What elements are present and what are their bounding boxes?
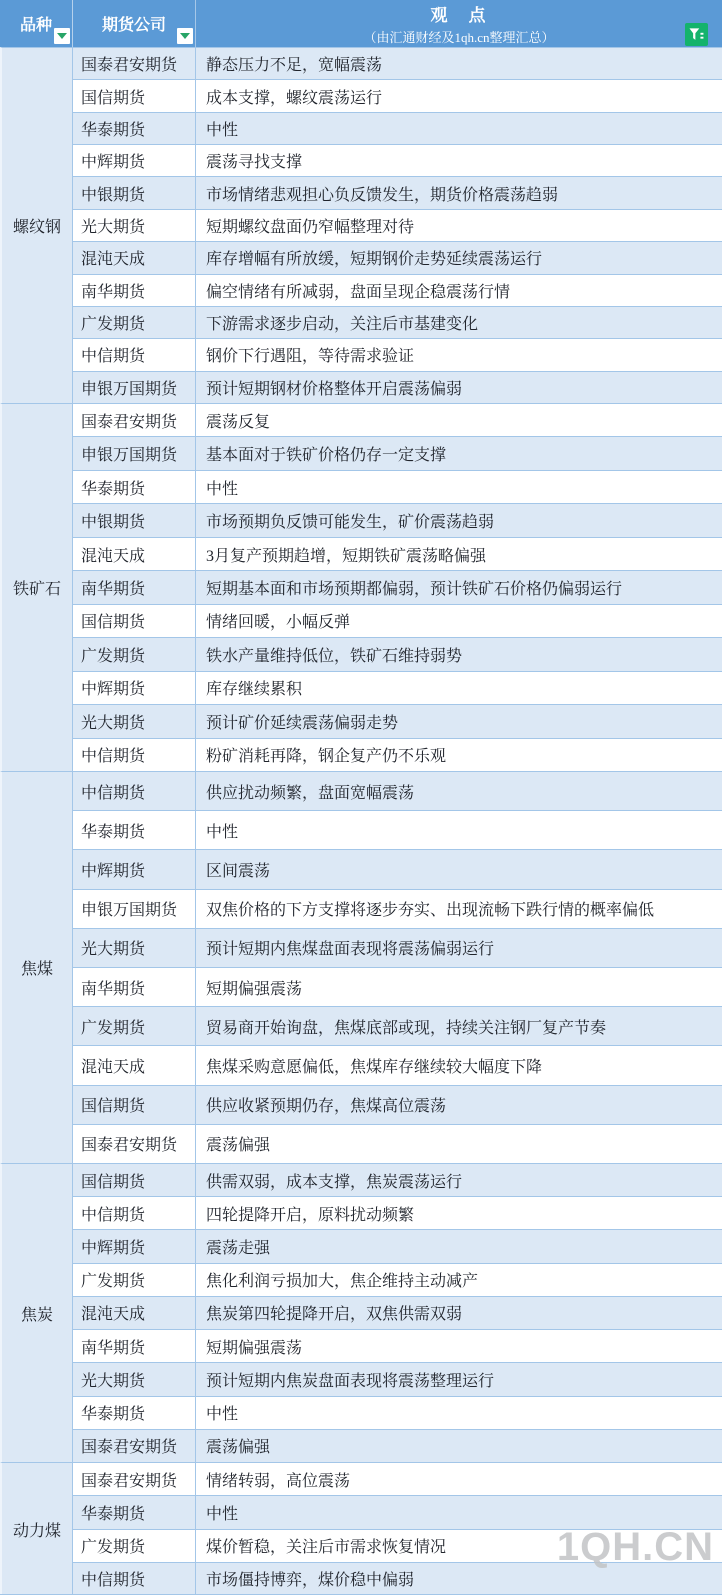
view-cell: 焦煤采购意愿偏低，焦煤库存继续较大幅度下降 [196, 1046, 722, 1084]
table-row: 国信期货 情绪回暖，小幅反弹 [73, 604, 722, 637]
company-cell: 中辉期货 [73, 850, 196, 888]
table-row: 中信期货 钢价下行遇阻，等待需求验证 [73, 338, 722, 370]
commodity-group: 动力煤 国泰君安期货 情绪转弱，高位震荡 华泰期货 中性 广发期货 煤价暂稳，关… [0, 1462, 722, 1595]
view-cell: 预计矿价延续震荡偏弱走势 [196, 705, 722, 737]
view-column-subtitle: （由汇通财经及1qh.cn整理汇总） [363, 27, 554, 46]
chevron-down-icon [180, 33, 190, 39]
table-row: 光大期货 预计短期内焦煤盘面表现将震荡偏弱运行 [73, 928, 722, 967]
commodity-label: 螺纹钢 [2, 48, 73, 403]
view-cell: 震荡偏强 [196, 1430, 722, 1462]
table-row: 中信期货 供应扰动频繁，盘面宽幅震荡 [73, 772, 722, 810]
company-cell: 国泰君安期货 [73, 404, 196, 436]
group-rows: 中信期货 供应扰动频繁，盘面宽幅震荡 华泰期货 中性 中辉期货 区间震荡 申银万… [73, 772, 722, 1163]
table-row: 国信期货 成本支撑，螺纹震荡运行 [73, 79, 722, 111]
table-body: 螺纹钢 国泰君安期货 静态压力不足，宽幅震荡 国信期货 成本支撑，螺纹震荡运行 … [0, 47, 722, 1595]
company-cell: 南华期货 [73, 968, 196, 1006]
company-cell: 华泰期货 [73, 1496, 196, 1528]
view-cell: 预计短期内焦炭盘面表现将震荡整理运行 [196, 1363, 722, 1395]
view-cell: 供应收紧预期仍存，焦煤高位震荡 [196, 1086, 722, 1124]
view-cell: 震荡走强 [196, 1230, 722, 1262]
table-row: 中信期货 市场僵持博弈，煤价稳中偏弱 [73, 1562, 722, 1595]
company-cell: 国信期货 [73, 80, 196, 111]
view-column-label: 观 点 [431, 1, 488, 26]
view-cell: 铁水产量维持低位，铁矿石维持弱势 [196, 638, 722, 670]
view-cell: 震荡反复 [196, 404, 722, 436]
company-cell: 申银万国期货 [73, 890, 196, 928]
company-cell: 广发期货 [73, 1530, 196, 1562]
company-cell: 申银万国期货 [73, 437, 196, 469]
view-cell: 双焦价格的下方支撑将逐步夯实、出现流畅下跌行情的概率偏低 [196, 890, 722, 928]
view-cell: 焦化利润亏损加大，焦企维持主动减产 [196, 1264, 722, 1296]
view-cell: 市场情绪悲观担心负反馈发生，期货价格震荡趋弱 [196, 177, 722, 208]
group-rows: 国泰君安期货 静态压力不足，宽幅震荡 国信期货 成本支撑，螺纹震荡运行 华泰期货… [73, 48, 722, 403]
table-row: 中辉期货 区间震荡 [73, 849, 722, 888]
company-cell: 光大期货 [73, 1363, 196, 1395]
table-row: 南华期货 短期基本面和市场预期都偏弱，预计铁矿石价格仍偏弱运行 [73, 570, 722, 603]
company-cell: 混沌天成 [73, 1046, 196, 1084]
company-cell: 混沌天成 [73, 242, 196, 273]
company-cell: 广发期货 [73, 1007, 196, 1045]
company-cell: 广发期货 [73, 638, 196, 670]
view-cell: 短期偏强震荡 [196, 1330, 722, 1362]
view-cell: 粉矿消耗再降，钢企复产仍不乐观 [196, 739, 722, 771]
table-row: 国信期货 供应收紧预期仍存，焦煤高位震荡 [73, 1085, 722, 1124]
view-cell: 供需双弱，成本支撑，焦炭震荡运行 [196, 1164, 722, 1196]
company-cell: 光大期货 [73, 929, 196, 967]
view-cell: 短期基本面和市场预期都偏弱，预计铁矿石价格仍偏弱运行 [196, 571, 722, 603]
company-cell: 南华期货 [73, 275, 196, 306]
company-cell: 混沌天成 [73, 538, 196, 570]
table-row: 光大期货 预计矿价延续震荡偏弱走势 [73, 704, 722, 737]
view-cell: 偏空情绪有所减弱，盘面呈现企稳震荡行情 [196, 275, 722, 306]
commodity-label: 动力煤 [2, 1463, 73, 1595]
table-row: 南华期货 短期偏强震荡 [73, 967, 722, 1006]
table-row: 中辉期货 震荡走强 [73, 1229, 722, 1262]
company-cell: 中信期货 [73, 1563, 196, 1595]
view-cell: 基本面对于铁矿价格仍存一定支撑 [196, 437, 722, 469]
company-cell: 广发期货 [73, 1264, 196, 1296]
variety-column-label: 品种 [20, 12, 52, 35]
table-row: 中银期货 市场情绪悲观担心负反馈发生，期货价格震荡趋弱 [73, 176, 722, 208]
company-cell: 中银期货 [73, 504, 196, 536]
company-cell: 光大期货 [73, 210, 196, 241]
company-cell: 华泰期货 [73, 471, 196, 503]
commodity-group: 铁矿石 国泰君安期货 震荡反复 申银万国期货 基本面对于铁矿价格仍存一定支撑 华… [0, 403, 722, 771]
view-cell: 成本支撑，螺纹震荡运行 [196, 80, 722, 111]
company-cell: 中辉期货 [73, 1230, 196, 1262]
table-row: 混沌天成 焦煤采购意愿偏低，焦煤库存继续较大幅度下降 [73, 1045, 722, 1084]
view-cell: 3月复产预期趋增，短期铁矿震荡略偏强 [196, 538, 722, 570]
company-cell: 南华期货 [73, 571, 196, 603]
group-rows: 国泰君安期货 震荡反复 申银万国期货 基本面对于铁矿价格仍存一定支撑 华泰期货 … [73, 404, 722, 771]
view-cell: 震荡偏强 [196, 1125, 722, 1163]
view-cell: 市场预期负反馈可能发生，矿价震荡趋弱 [196, 504, 722, 536]
view-cell: 震荡寻找支撑 [196, 145, 722, 176]
view-cell: 四轮提降开启，原料扰动频繁 [196, 1197, 722, 1229]
table-row: 光大期货 预计短期内焦炭盘面表现将震荡整理运行 [73, 1362, 722, 1395]
company-cell: 中辉期货 [73, 145, 196, 176]
table-header: 品种 期货公司 观 点 （由汇通财经及1qh.cn整理汇总） [0, 0, 722, 47]
commodity-label: 焦炭 [2, 1164, 73, 1462]
company-cell: 国信期货 [73, 1086, 196, 1124]
company-cell: 国泰君安期货 [73, 48, 196, 79]
company-cell: 中信期货 [73, 1197, 196, 1229]
table-row: 国泰君安期货 震荡偏强 [73, 1429, 722, 1462]
table-row: 中辉期货 库存继续累积 [73, 671, 722, 704]
view-cell: 中性 [196, 113, 722, 144]
company-cell: 华泰期货 [73, 113, 196, 144]
view-cell: 中性 [196, 1496, 722, 1528]
view-cell: 中性 [196, 1397, 722, 1429]
company-cell: 华泰期货 [73, 1397, 196, 1429]
table-row: 华泰期货 中性 [73, 112, 722, 144]
commodity-group: 螺纹钢 国泰君安期货 静态压力不足，宽幅震荡 国信期货 成本支撑，螺纹震荡运行 … [0, 47, 722, 403]
table-row: 国信期货 供需双弱，成本支撑，焦炭震荡运行 [73, 1164, 722, 1196]
commodity-group: 焦炭 国信期货 供需双弱，成本支撑，焦炭震荡运行 中信期货 四轮提降开启，原料扰… [0, 1163, 722, 1462]
company-cell: 中信期货 [73, 339, 196, 370]
company-cell: 国信期货 [73, 1164, 196, 1196]
table-row: 申银万国期货 双焦价格的下方支撑将逐步夯实、出现流畅下跌行情的概率偏低 [73, 889, 722, 928]
company-cell: 中银期货 [73, 177, 196, 208]
view-cell: 焦炭第四轮提降开启，双焦供需双弱 [196, 1297, 722, 1329]
table-row: 广发期货 铁水产量维持低位，铁矿石维持弱势 [73, 637, 722, 670]
commodity-label: 铁矿石 [2, 404, 73, 771]
group-rows: 国信期货 供需双弱，成本支撑，焦炭震荡运行 中信期货 四轮提降开启，原料扰动频繁… [73, 1164, 722, 1462]
view-cell: 中性 [196, 471, 722, 503]
company-cell: 南华期货 [73, 1330, 196, 1362]
table-row: 广发期货 煤价暂稳，关注后市需求恢复情况 [73, 1529, 722, 1562]
commodity-group: 焦煤 中信期货 供应扰动频繁，盘面宽幅震荡 华泰期货 中性 中辉期货 区间震荡 … [0, 771, 722, 1163]
table-row: 华泰期货 中性 [73, 1495, 722, 1528]
view-cell: 下游需求逐步启动，关注后市基建变化 [196, 307, 722, 338]
company-cell: 中信期货 [73, 739, 196, 771]
table-row: 广发期货 焦化利润亏损加大，焦企维持主动减产 [73, 1263, 722, 1296]
header-cell-view: 观 点 （由汇通财经及1qh.cn整理汇总） [196, 0, 722, 47]
view-cell: 中性 [196, 811, 722, 849]
table-row: 华泰期货 中性 [73, 470, 722, 503]
table-row: 混沌天成 焦炭第四轮提降开启，双焦供需双弱 [73, 1296, 722, 1329]
view-cell: 预计短期内焦煤盘面表现将震荡偏弱运行 [196, 929, 722, 967]
table-row: 南华期货 偏空情绪有所减弱，盘面呈现企稳震荡行情 [73, 274, 722, 306]
company-cell: 广发期货 [73, 307, 196, 338]
table-row: 混沌天成 库存增幅有所放缓，短期钢价走势延续震荡运行 [73, 241, 722, 273]
commodity-label: 焦煤 [2, 772, 73, 1163]
group-rows: 国泰君安期货 情绪转弱，高位震荡 华泰期货 中性 广发期货 煤价暂稳，关注后市需… [73, 1463, 722, 1595]
chevron-down-icon [57, 33, 67, 39]
table-row: 混沌天成 3月复产预期趋增，短期铁矿震荡略偏强 [73, 537, 722, 570]
table-row: 华泰期货 中性 [73, 810, 722, 849]
company-cell: 华泰期货 [73, 811, 196, 849]
table-row: 中信期货 粉矿消耗再降，钢企复产仍不乐观 [73, 738, 722, 771]
table-row: 申银万国期货 预计短期钢材价格整体开启震荡偏弱 [73, 371, 722, 403]
table-row: 光大期货 短期螺纹盘面仍窄幅整理对待 [73, 209, 722, 241]
view-cell: 区间震荡 [196, 850, 722, 888]
table-row: 国泰君安期货 情绪转弱，高位震荡 [73, 1463, 722, 1495]
table-row: 中辉期货 震荡寻找支撑 [73, 144, 722, 176]
table-row: 国泰君安期货 震荡偏强 [73, 1124, 722, 1163]
header-cell-variety: 品种 [0, 0, 73, 47]
company-cell: 国信期货 [73, 605, 196, 637]
table-row: 广发期货 下游需求逐步启动，关注后市基建变化 [73, 306, 722, 338]
futures-opinion-table: 品种 期货公司 观 点 （由汇通财经及1qh.cn整理汇总） 螺纹钢 国泰君安期… [0, 0, 722, 1595]
company-cell: 申银万国期货 [73, 372, 196, 403]
company-cell: 国泰君安期货 [73, 1430, 196, 1462]
company-column-label: 期货公司 [102, 12, 166, 35]
company-cell: 国泰君安期货 [73, 1463, 196, 1495]
view-cell: 市场僵持博弈，煤价稳中偏弱 [196, 1563, 722, 1595]
table-row: 申银万国期货 基本面对于铁矿价格仍存一定支撑 [73, 436, 722, 469]
view-cell: 供应扰动频繁，盘面宽幅震荡 [196, 772, 722, 810]
company-filter-dropdown-icon[interactable] [177, 28, 193, 44]
view-cell: 预计短期钢材价格整体开启震荡偏弱 [196, 372, 722, 403]
table-row: 中信期货 四轮提降开启，原料扰动频繁 [73, 1196, 722, 1229]
view-cell: 库存继续累积 [196, 672, 722, 704]
view-cell: 贸易商开始询盘，焦煤底部或现，持续关注钢厂复产节奏 [196, 1007, 722, 1045]
table-row: 华泰期货 中性 [73, 1396, 722, 1429]
company-cell: 混沌天成 [73, 1297, 196, 1329]
funnel-glyph [689, 27, 704, 42]
table-row: 中银期货 市场预期负反馈可能发生，矿价震荡趋弱 [73, 503, 722, 536]
table-row: 广发期货 贸易商开始询盘，焦煤底部或现，持续关注钢厂复产节奏 [73, 1006, 722, 1045]
table-row: 国泰君安期货 震荡反复 [73, 404, 722, 436]
header-cell-company: 期货公司 [73, 0, 196, 47]
view-cell: 静态压力不足，宽幅震荡 [196, 48, 722, 79]
company-cell: 光大期货 [73, 705, 196, 737]
company-cell: 中辉期货 [73, 672, 196, 704]
view-cell: 情绪转弱，高位震荡 [196, 1463, 722, 1495]
view-cell: 短期螺纹盘面仍窄幅整理对待 [196, 210, 722, 241]
view-cell: 短期偏强震荡 [196, 968, 722, 1006]
table-row: 国泰君安期货 静态压力不足，宽幅震荡 [73, 48, 722, 79]
view-cell: 煤价暂稳，关注后市需求恢复情况 [196, 1530, 722, 1562]
view-cell: 钢价下行遇阻，等待需求验证 [196, 339, 722, 370]
view-cell: 库存增幅有所放缓，短期钢价走势延续震荡运行 [196, 242, 722, 273]
table-row: 南华期货 短期偏强震荡 [73, 1329, 722, 1362]
company-cell: 中信期货 [73, 772, 196, 810]
view-cell: 情绪回暖，小幅反弹 [196, 605, 722, 637]
variety-filter-dropdown-icon[interactable] [54, 28, 70, 44]
funnel-filter-icon[interactable] [685, 23, 708, 46]
company-cell: 国泰君安期货 [73, 1125, 196, 1163]
